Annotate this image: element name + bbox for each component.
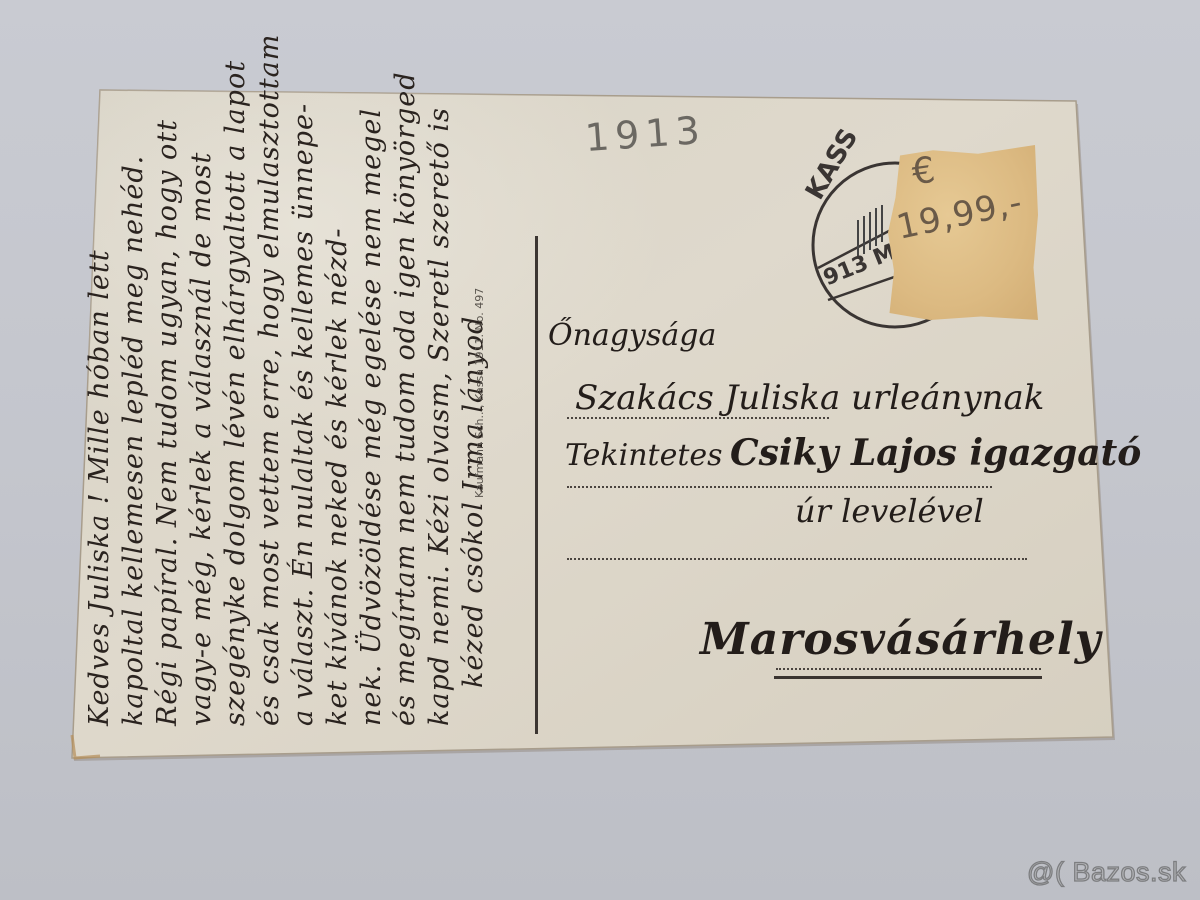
address-title-prefix: Tekintetes xyxy=(565,438,723,473)
currency-symbol: € xyxy=(909,150,937,194)
address-extra-line: úr levelével xyxy=(795,492,984,530)
message-line: ket kívánok neked és kérlek nézd- xyxy=(322,228,353,727)
printer-imprint: Kaufmann Sch..., Kassa 1911. No. 497 xyxy=(473,288,486,498)
postcard-divider xyxy=(535,236,538,734)
address-city-underline xyxy=(774,676,1042,679)
year-pencil-note: 1913 xyxy=(584,108,707,160)
address-dotted-line xyxy=(567,417,829,419)
address-dotted-line xyxy=(776,668,1041,670)
message-line: Kedves Juliska ! Mille hóban lett xyxy=(84,249,115,726)
handwritten-message: Kedves Juliska ! Mille hóban lett kapolt… xyxy=(78,88,518,748)
message-line: és megírtam nem tudom oda igen könyörged xyxy=(390,71,421,726)
message-line: nek. Üdvözöldése még egelése nem megel xyxy=(356,108,387,726)
price-label: 19,99,- xyxy=(893,182,1026,248)
address-salutation: Őnagysága xyxy=(548,318,716,353)
message-line: szegényke dolgom lévén elhárgyaltott a l… xyxy=(220,60,251,726)
price-sticker: € 19,99,- xyxy=(888,145,1038,320)
address-care-of-line: Csiky Lajos igazgató xyxy=(730,432,1141,474)
photo-scene: 1913 KASS 913 M € 19,99,- Kedves Juliska… xyxy=(0,0,1200,900)
message-line: kapoltal kellemesen lepléd meg nehéd. xyxy=(118,155,149,726)
bazos-watermark: @( Bazos.sk xyxy=(1027,857,1186,888)
address-dotted-line xyxy=(567,486,992,488)
message-line: Régi papíral. Nem tudom ugyan, hogy ott xyxy=(152,119,183,726)
message-line: kapd nemi. Kézi olvasm, Szeretl szerető … xyxy=(424,107,455,726)
message-line: a választ. Én nulaltak és kellemes ünnep… xyxy=(288,103,319,726)
address-dotted-line xyxy=(567,558,1027,560)
message-line: vagy-e még, kérlek a válasznál de most xyxy=(186,152,217,726)
address-city: Marosvásárhely xyxy=(700,614,1101,665)
message-line: és csak most vettem erre, hogy elmulaszt… xyxy=(254,34,285,726)
address-recipient-line: Szakács Juliska urleánynak xyxy=(575,378,1044,418)
